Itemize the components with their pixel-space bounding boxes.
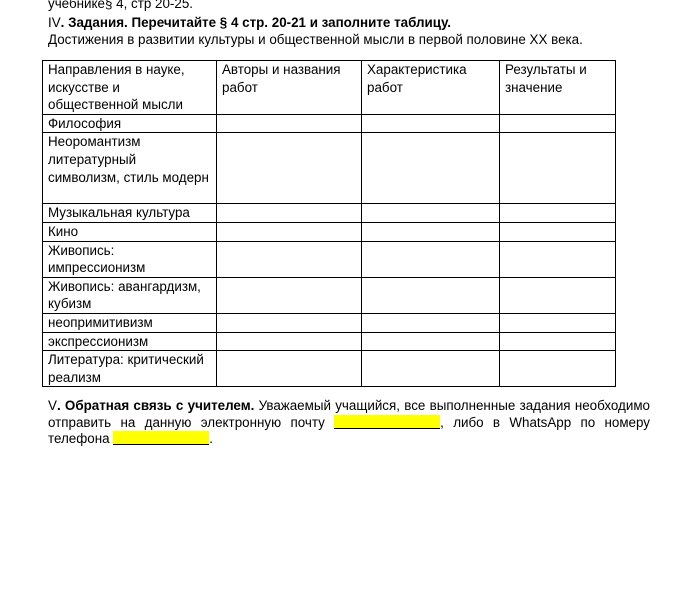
header-direction: Направления в науке, искусстве и обществ…	[43, 61, 217, 115]
cell-results[interactable]	[500, 351, 616, 387]
table-row: Неоромантизм литературный символизм, сти…	[43, 133, 616, 204]
email-blank-field[interactable]	[334, 415, 440, 429]
cell-characteristics[interactable]	[362, 351, 500, 387]
cell-authors[interactable]	[217, 277, 362, 313]
table-header-row: Направления в науке, искусстве и обществ…	[43, 61, 616, 115]
cell-direction: Философия	[43, 114, 217, 133]
table-row: Живопись: импрессионизм	[43, 241, 616, 277]
cell-results[interactable]	[500, 222, 616, 241]
cell-authors[interactable]	[217, 351, 362, 387]
cell-direction: неопримитивизм	[43, 313, 217, 332]
header-results: Результаты и значение	[500, 61, 616, 115]
table-row: неопримитивизм	[43, 313, 616, 332]
cell-authors[interactable]	[217, 204, 362, 223]
cell-direction: Кино	[43, 222, 217, 241]
cell-characteristics[interactable]	[362, 114, 500, 133]
header-characteristics: Характеристика работ	[362, 61, 500, 115]
header-authors: Авторы и названия работ	[217, 61, 362, 115]
cell-direction: Литература: критический реализм	[43, 351, 217, 387]
cell-authors[interactable]	[217, 114, 362, 133]
cell-results[interactable]	[500, 332, 616, 351]
task4-numeral: IV	[48, 15, 61, 30]
table-row: Живопись: авангардизм, кубизм	[43, 277, 616, 313]
cell-direction: Неоромантизм литературный символизм, сти…	[43, 133, 217, 204]
cell-results[interactable]	[500, 277, 616, 313]
cell-direction: Живопись: импрессионизм	[43, 241, 217, 277]
cell-characteristics[interactable]	[362, 313, 500, 332]
table-row: Кино	[43, 222, 616, 241]
cell-direction: Живопись: авангардизм, кубизм	[43, 277, 217, 313]
task5-paragraph: V. Обратная связь с учителем. Уважаемый …	[48, 398, 650, 448]
cell-authors[interactable]	[217, 222, 362, 241]
cell-authors[interactable]	[217, 133, 362, 204]
cell-results[interactable]	[500, 313, 616, 332]
task4-subtitle: Достижения в развитии культуры и обществ…	[48, 32, 583, 48]
cell-results[interactable]	[500, 241, 616, 277]
table-row: Философия	[43, 114, 616, 133]
cell-characteristics[interactable]	[362, 204, 500, 223]
cell-authors[interactable]	[217, 332, 362, 351]
table-row: Музыкальная культура	[43, 204, 616, 223]
cell-results[interactable]	[500, 204, 616, 223]
table-row: Литература: критический реализм	[43, 351, 616, 387]
cell-results[interactable]	[500, 114, 616, 133]
cell-characteristics[interactable]	[362, 241, 500, 277]
phone-blank-field[interactable]	[113, 431, 209, 445]
task5-title: . Обратная связь с учителем.	[57, 398, 254, 413]
cell-characteristics[interactable]	[362, 222, 500, 241]
cell-results[interactable]	[500, 133, 616, 204]
task4-title: . Задания. Перечитайте § 4 стр. 20-21 и …	[61, 15, 451, 30]
task4-heading: IV. Задания. Перечитайте § 4 стр. 20-21 …	[48, 15, 451, 31]
task5-numeral: V	[48, 398, 57, 413]
cell-direction: Музыкальная культура	[43, 204, 217, 223]
cell-authors[interactable]	[217, 313, 362, 332]
cell-characteristics[interactable]	[362, 133, 500, 204]
task5-text3: .	[209, 431, 213, 446]
cell-characteristics[interactable]	[362, 277, 500, 313]
top-line: учебнике§ 4, стр 20-25.	[48, 0, 193, 12]
cell-characteristics[interactable]	[362, 332, 500, 351]
table-row: экспрессионизм	[43, 332, 616, 351]
culture-table: Направления в науке, искусстве и обществ…	[42, 60, 616, 387]
cell-direction: экспрессионизм	[43, 332, 217, 351]
cell-authors[interactable]	[217, 241, 362, 277]
